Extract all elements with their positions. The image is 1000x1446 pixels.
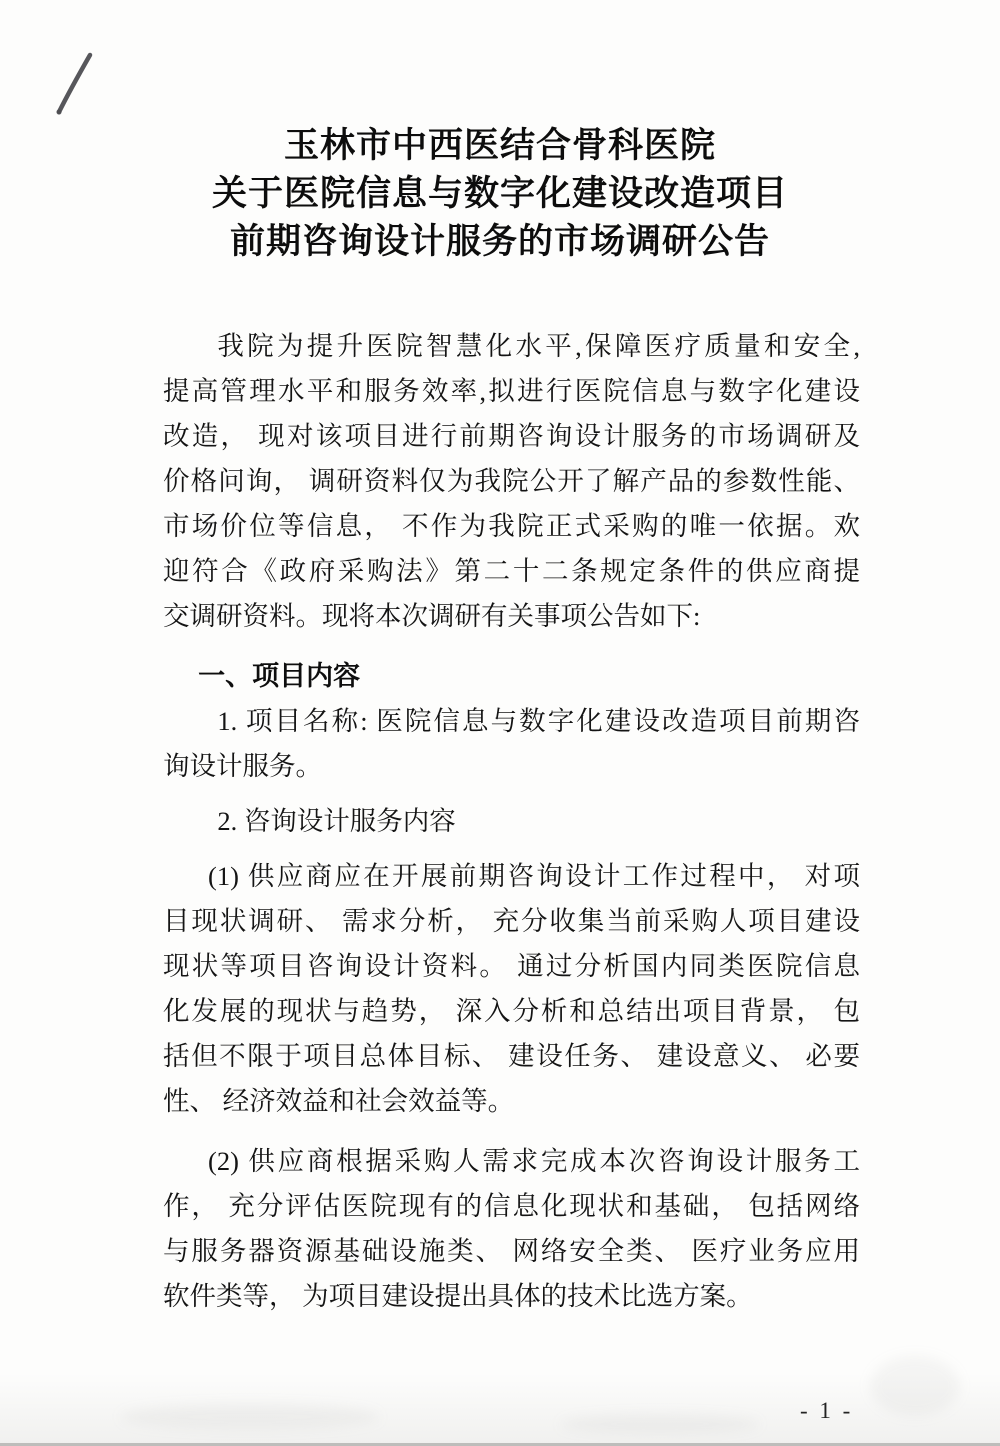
text-line: 括但不限于项目总体目标、 建设任务、 建设意义、 必要: [163, 1034, 860, 1079]
text-line: 价格问询， 调研资料仅为我院公开了解产品的参数性能、: [163, 459, 860, 504]
text-line: (1) 供应商应在开展前期咨询设计工作过程中， 对项: [163, 854, 860, 899]
title-line: 前期咨询设计服务的市场调研公告: [0, 218, 1000, 266]
handwritten-slash-mark: [50, 46, 102, 120]
text-line: 化发展的现状与趋势， 深入分析和总结出项目背景， 包: [163, 989, 860, 1034]
text-line: 1. 项目名称: 医院信息与数字化建设改造项目前期咨: [163, 699, 860, 744]
title-line: 关于医院信息与数字化建设改造项目: [0, 170, 1000, 218]
text-line: (2) 供应商根据采购人需求完成本次咨询设计服务工: [163, 1139, 860, 1184]
scan-smudge: [560, 1414, 760, 1434]
text-line: 作， 充分评估医院现有的信息化现状和基础， 包括网络: [163, 1184, 860, 1229]
text-line: 询设计服务。: [163, 744, 860, 789]
document-title: 玉林市中西医结合骨科医院关于医院信息与数字化建设改造项目前期咨询设计服务的市场调…: [0, 122, 1000, 266]
text-line: 与服务器资源基础设施类、 网络安全类、 医疗业务应用: [163, 1229, 860, 1274]
document-page: 玉林市中西医结合骨科医院关于医院信息与数字化建设改造项目前期咨询设计服务的市场调…: [0, 0, 1000, 1446]
text-line: 改造， 现对该项目进行前期咨询设计服务的市场调研及: [163, 414, 860, 459]
text-line: 性、 经济效益和社会效益等。: [163, 1079, 860, 1124]
page-number: - 1 -: [800, 1398, 853, 1424]
text-line: 提高管理水平和服务效率,拟进行医院信息与数字化建设: [163, 369, 860, 414]
title-line: 玉林市中西医结合骨科医院: [0, 122, 1000, 170]
text-line: 软件类等， 为项目建设提出具体的技术比选方案。: [163, 1274, 860, 1319]
text-line: 2. 咨询设计服务内容: [163, 799, 860, 844]
scan-smudge: [120, 1404, 380, 1430]
text-line: 迎符合《政府采购法》第二十二条规定条件的供应商提: [163, 549, 860, 594]
section-heading: 一、项目内容: [163, 654, 860, 699]
document-body: 我院为提升医院智慧化水平,保障医疗质量和安全,提高管理水平和服务效率,拟进行医院…: [163, 324, 860, 1319]
scan-smudge: [870, 1356, 960, 1416]
text-line: 交调研资料。现将本次调研有关事项公告如下:: [163, 594, 860, 639]
text-line: 我院为提升医院智慧化水平,保障医疗质量和安全,: [163, 324, 860, 369]
text-line: 目现状调研、 需求分析， 充分收集当前采购人项目建设: [163, 899, 860, 944]
text-line: 市场价位等信息， 不作为我院正式采购的唯一依据。欢: [163, 504, 860, 549]
text-line: 现状等项目咨询设计资料。 通过分析国内同类医院信息: [163, 944, 860, 989]
